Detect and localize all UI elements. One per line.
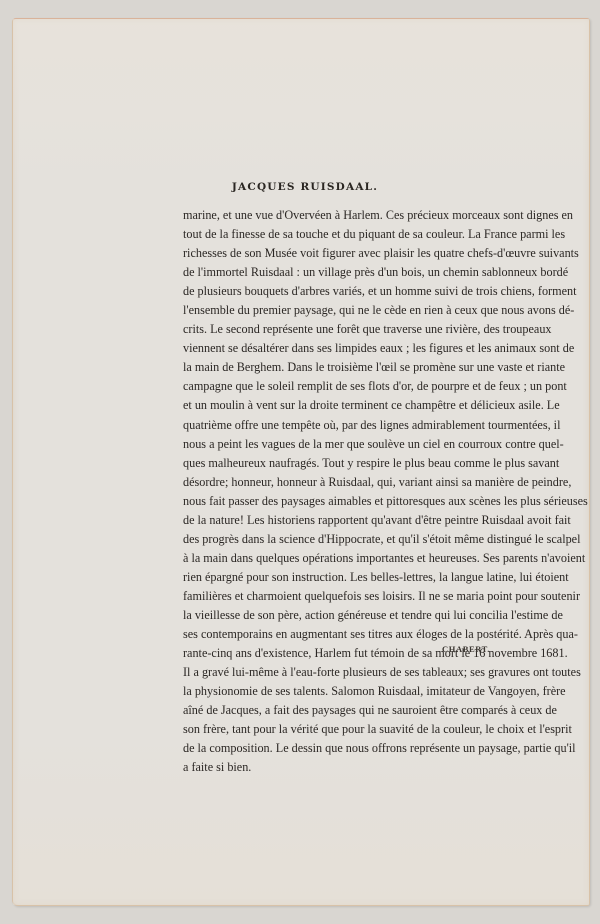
text-line: marine, et une vue d'Overvéen à Harlem. … — [183, 206, 521, 225]
text-line: de plusieurs bouquets d'arbres variés, e… — [183, 282, 521, 301]
text-line: la vieillesse de son père, action génére… — [183, 606, 521, 625]
page-title: JACQUES RUISDAAL. — [13, 181, 589, 193]
text-line: tout de la finesse de sa touche et du pi… — [183, 225, 521, 244]
text-line: désordre; honneur, honneur à Ruisdaal, q… — [183, 473, 521, 492]
text-line: viennent se désaltérer dans ses limpides… — [183, 339, 521, 358]
text-line: crits. Le second représente une forêt qu… — [183, 320, 521, 339]
paper-sheet: JACQUES RUISDAAL. marine, et une vue d'O… — [12, 18, 590, 906]
body-text: marine, et une vue d'Overvéen à Harlem. … — [183, 206, 521, 777]
text-line: rien épargné pour son instruction. Les b… — [183, 568, 521, 587]
text-line: a faite si bien. — [183, 758, 521, 777]
text-line: de l'immortel Ruisdaal : un village près… — [183, 263, 521, 282]
author-signature: CHABERT. — [442, 644, 490, 654]
text-line: Il a gravé lui-même à l'eau-forte plusie… — [183, 663, 521, 682]
text-line: ques malheureux naufragés. Tout y respir… — [183, 454, 521, 473]
text-line: des progrès dans la science d'Hippocrate… — [183, 530, 521, 549]
text-line: nous a peint les vagues de la mer que so… — [183, 435, 521, 454]
text-line: quatrième offre une tempête où, par des … — [183, 416, 521, 435]
text-line: la physionomie de ses talents. Salomon R… — [183, 682, 521, 701]
text-line: aîné de Jacques, a fait des paysages qui… — [183, 701, 521, 720]
text-line: à la main dans quelques opérations impor… — [183, 549, 521, 568]
text-line: nous fait passer des paysages aimables e… — [183, 492, 521, 511]
text-line: richesses de son Musée voit figurer avec… — [183, 244, 521, 263]
text-line: ses contemporains en augmentant ses titr… — [183, 625, 521, 644]
text-line: familières et charmoient quelquefois ses… — [183, 587, 521, 606]
text-line: et un moulin à vent sur la droite termin… — [183, 396, 521, 415]
text-line: de la nature! Les historiens rapportent … — [183, 511, 521, 530]
text-line: l'ensemble du premier paysage, qui ne le… — [183, 301, 521, 320]
text-line: de la composition. Le dessin que nous of… — [183, 739, 521, 758]
text-line: campagne que le soleil remplit de ses fl… — [183, 377, 521, 396]
text-line: son frère, tant pour la vérité que pour … — [183, 720, 521, 739]
text-line: la main de Berghem. Dans le troisième l'… — [183, 358, 521, 377]
